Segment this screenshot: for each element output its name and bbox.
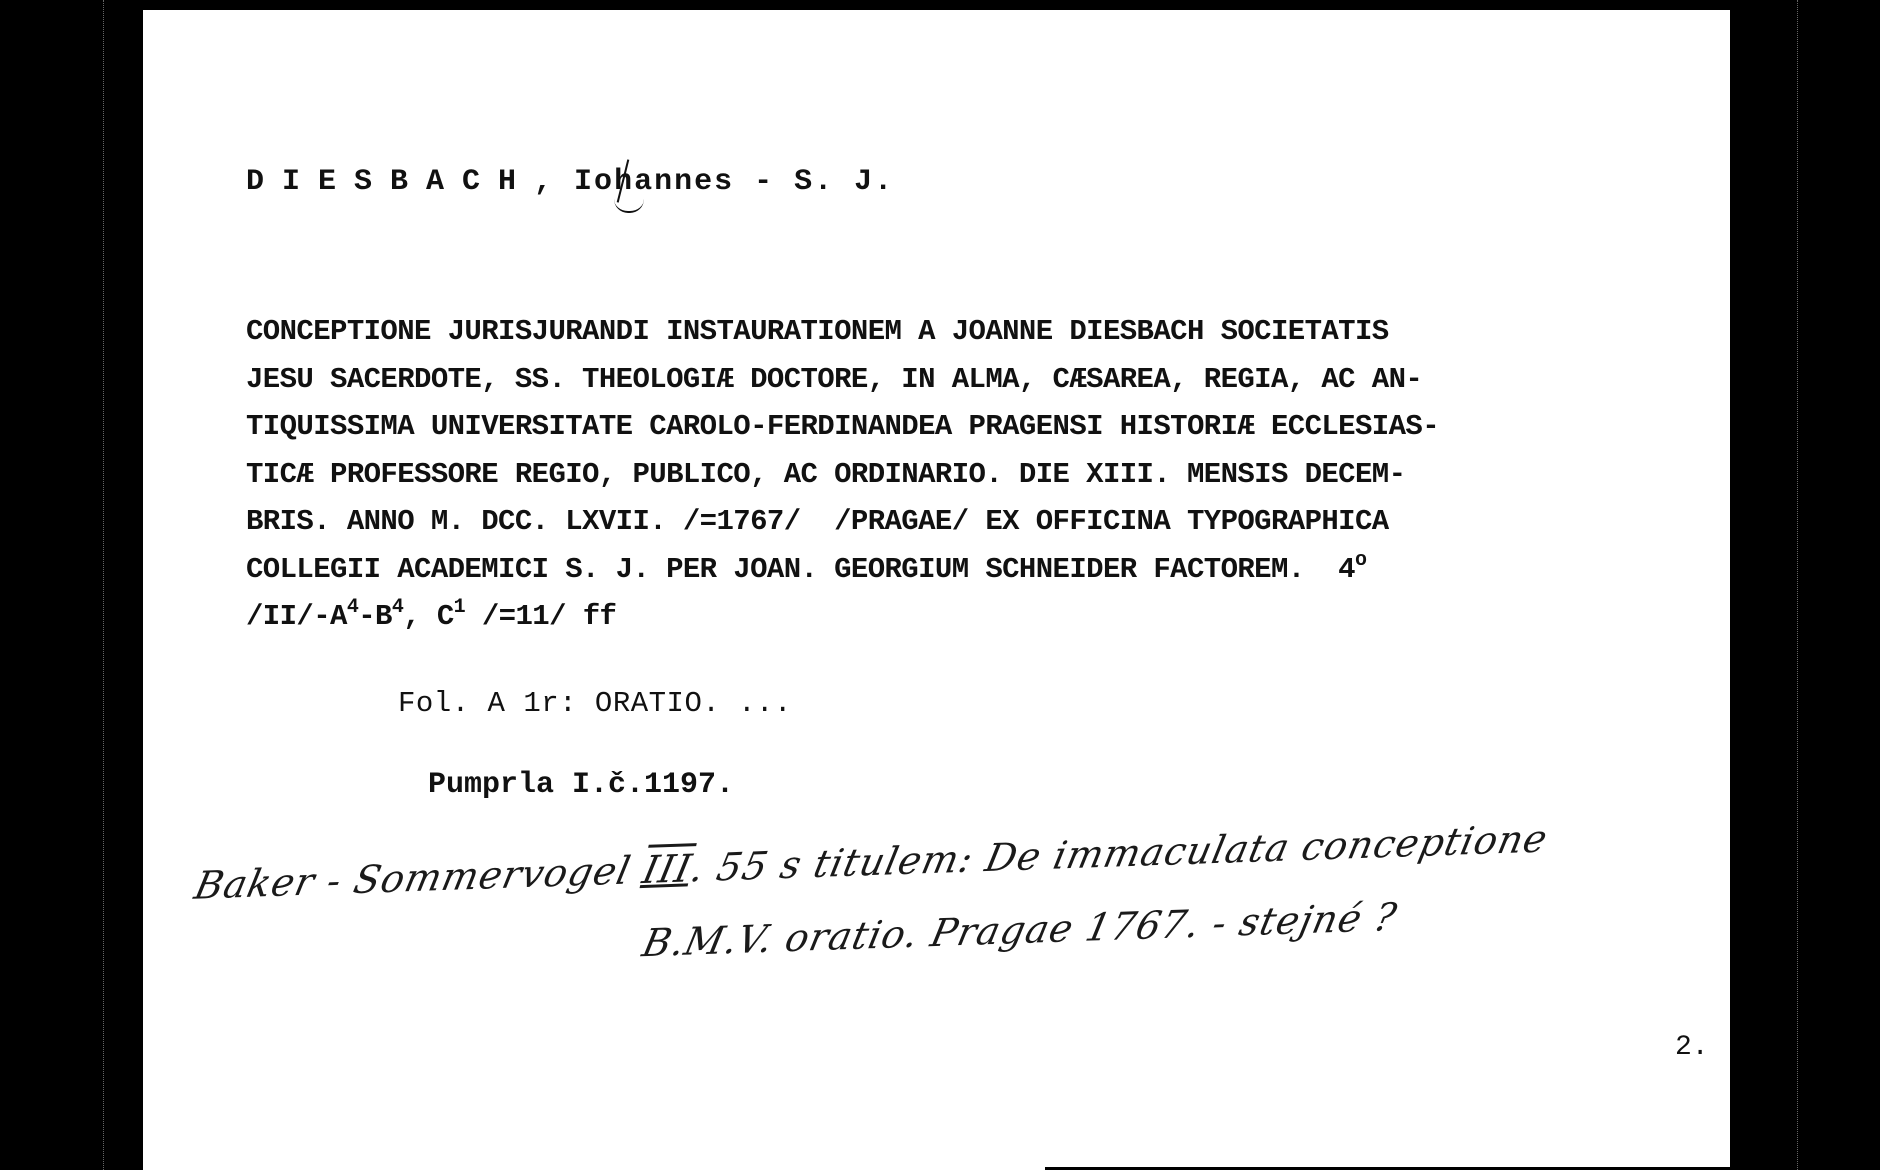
author-surname: DIESBACH xyxy=(246,165,534,199)
description-line: JESU SACERDOTE, SS. THEOLOGIÆ DOCTORE, I… xyxy=(246,356,1439,404)
card-heading: DIESBACH, Iohannes - S. J. xyxy=(246,165,894,199)
scan-edge-right xyxy=(1797,0,1798,1170)
given-name-prefix: Io xyxy=(574,165,614,199)
description-line: BRIS. ANNO M. DCC. LXVII. /=1767/ /PRAGA… xyxy=(246,498,1439,546)
author-order: - S. J. xyxy=(734,165,894,199)
collation-part: , C xyxy=(403,600,453,633)
bibliographic-reference: Pumprla I.č.1197. xyxy=(428,768,734,802)
collation-part: /II/-A xyxy=(246,600,347,633)
author-given-name: Iohannes xyxy=(574,165,734,199)
collation-sup: 4 xyxy=(392,596,403,619)
handwritten-text: Baker - Sommervogel xyxy=(191,848,648,908)
given-name-suffix: annes xyxy=(634,165,734,199)
description-line: CONCEPTIONE JURISJURANDI INSTAURATIONEM … xyxy=(246,308,1439,356)
collation-sup: 4 xyxy=(347,596,358,619)
handwritten-join-arc xyxy=(614,199,644,213)
handwritten-note-line-2: B.M.V. oratio. Pragae 1767. - stejné ? xyxy=(639,895,1402,966)
collation-part: /=11/ ff xyxy=(465,600,616,633)
folio-note: Fol. A 1r: ORATIO. ... xyxy=(398,687,792,720)
format-degree: o xyxy=(1355,549,1366,572)
heading-separator: , xyxy=(534,165,574,199)
handwritten-text: . 55 s titulem: De immaculata conception… xyxy=(687,816,1552,890)
scan-edge-left xyxy=(103,0,104,1170)
title-description: CONCEPTIONE JURISJURANDI INSTAURATIONEM … xyxy=(246,308,1439,641)
collation-part: -B xyxy=(358,600,392,633)
description-line: TICÆ PROFESSORE REGIO, PUBLICO, AC ORDIN… xyxy=(246,451,1439,499)
description-line-with-format: COLLEGII ACADEMICI S. J. PER JOAN. GEORG… xyxy=(246,546,1439,594)
description-line: COLLEGII ACADEMICI S. J. PER JOAN. GEORG… xyxy=(246,553,1355,586)
page-number: 2. xyxy=(1675,1032,1709,1063)
handwritten-note-line-1: Baker - Sommervogel III. 55 s titulem: D… xyxy=(191,816,1552,908)
collation-line: /II/-A4-B4, C1 /=11/ ff xyxy=(246,593,1439,641)
description-line: TIQUISSIMA UNIVERSITATE CAROLO-FERDINAND… xyxy=(246,403,1439,451)
collation-sup: 1 xyxy=(454,596,465,619)
catalog-card: DIESBACH, Iohannes - S. J. CONCEPTIONE J… xyxy=(143,10,1730,1170)
